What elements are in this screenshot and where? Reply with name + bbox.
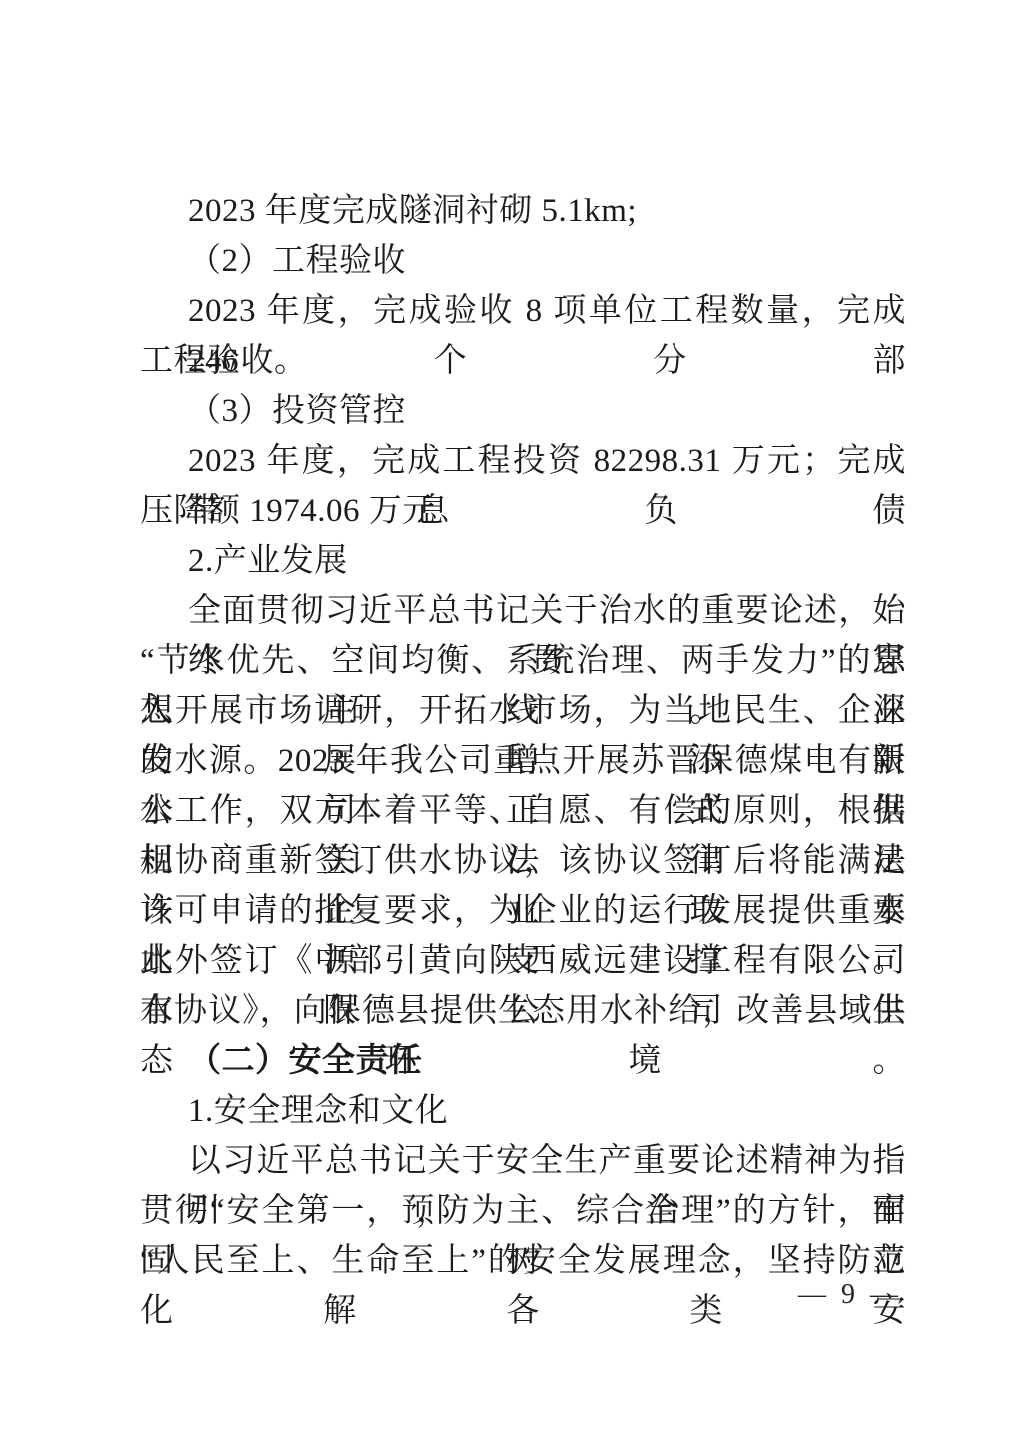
text-line: 2023 年度，完成工程投资 82298.31 万元；完成带息负债 xyxy=(140,436,906,486)
subsection-heading-line: （3）投资管控 xyxy=(140,386,906,436)
text-line: “人民至上、生命至上”的安全发展理念，坚持防范化解各类安 xyxy=(140,1236,906,1286)
text-line: 2023 年度完成隧洞衬砌 5.1km; xyxy=(140,186,906,236)
text-line: 入开展市场调研，开拓水市场，为当地民生、企业发展增添新 xyxy=(140,686,906,736)
text-line: 此外签订《中部引黄向陕西威远建设工程有限公司有限公司供 xyxy=(140,936,906,986)
subsection-heading-line: 1.安全理念和文化 xyxy=(140,1086,906,1136)
document-body: 2023 年度完成隧洞衬砌 5.1km; （2）工程验收 2023 年度，完成验… xyxy=(140,186,906,1286)
text-line: 水协议》，向保德县提供生态用水补给，改善县域生态环境。 xyxy=(140,986,906,1036)
subsection-heading-line: （2）工程验收 xyxy=(140,236,906,286)
text-line: 全面贯彻习近平总书记关于治水的重要论述，始终贯穿 xyxy=(140,586,906,636)
text-line: 水工作，双方本着平等、自愿、有偿的原则，根据相关法律法 xyxy=(140,786,906,836)
text-line: 的水源。2023 年我公司重点开展苏晋保德煤电有限公司正式供 xyxy=(140,736,906,786)
document-page: 2023 年度完成隧洞衬砌 5.1km; （2）工程验收 2023 年度，完成验… xyxy=(0,0,1024,1448)
text-line: 2023 年度，完成验收 8 项单位工程数量，完成 246 个分部 xyxy=(140,286,906,336)
text-line: “节水优先、空间均衡、系统治理、两手发力”的思想主线。深 xyxy=(140,636,906,686)
text-line: 以习近平总书记关于安全生产重要论述精神为指引，全面 xyxy=(140,1136,906,1186)
text-line: 许可申请的批复要求，为企业的运行发展提供重要水源支撑。 xyxy=(140,886,906,936)
text-line: 贯彻“安全第一，预防为主、综合治理”的方针，牢固树立 xyxy=(140,1186,906,1236)
subsection-heading-line: 2.产业发展 xyxy=(140,536,906,586)
text-line: 规协商重新签订供水协议，该协议签订后将能满足该企业取水 xyxy=(140,836,906,886)
page-number: — 9 — xyxy=(798,1272,902,1318)
